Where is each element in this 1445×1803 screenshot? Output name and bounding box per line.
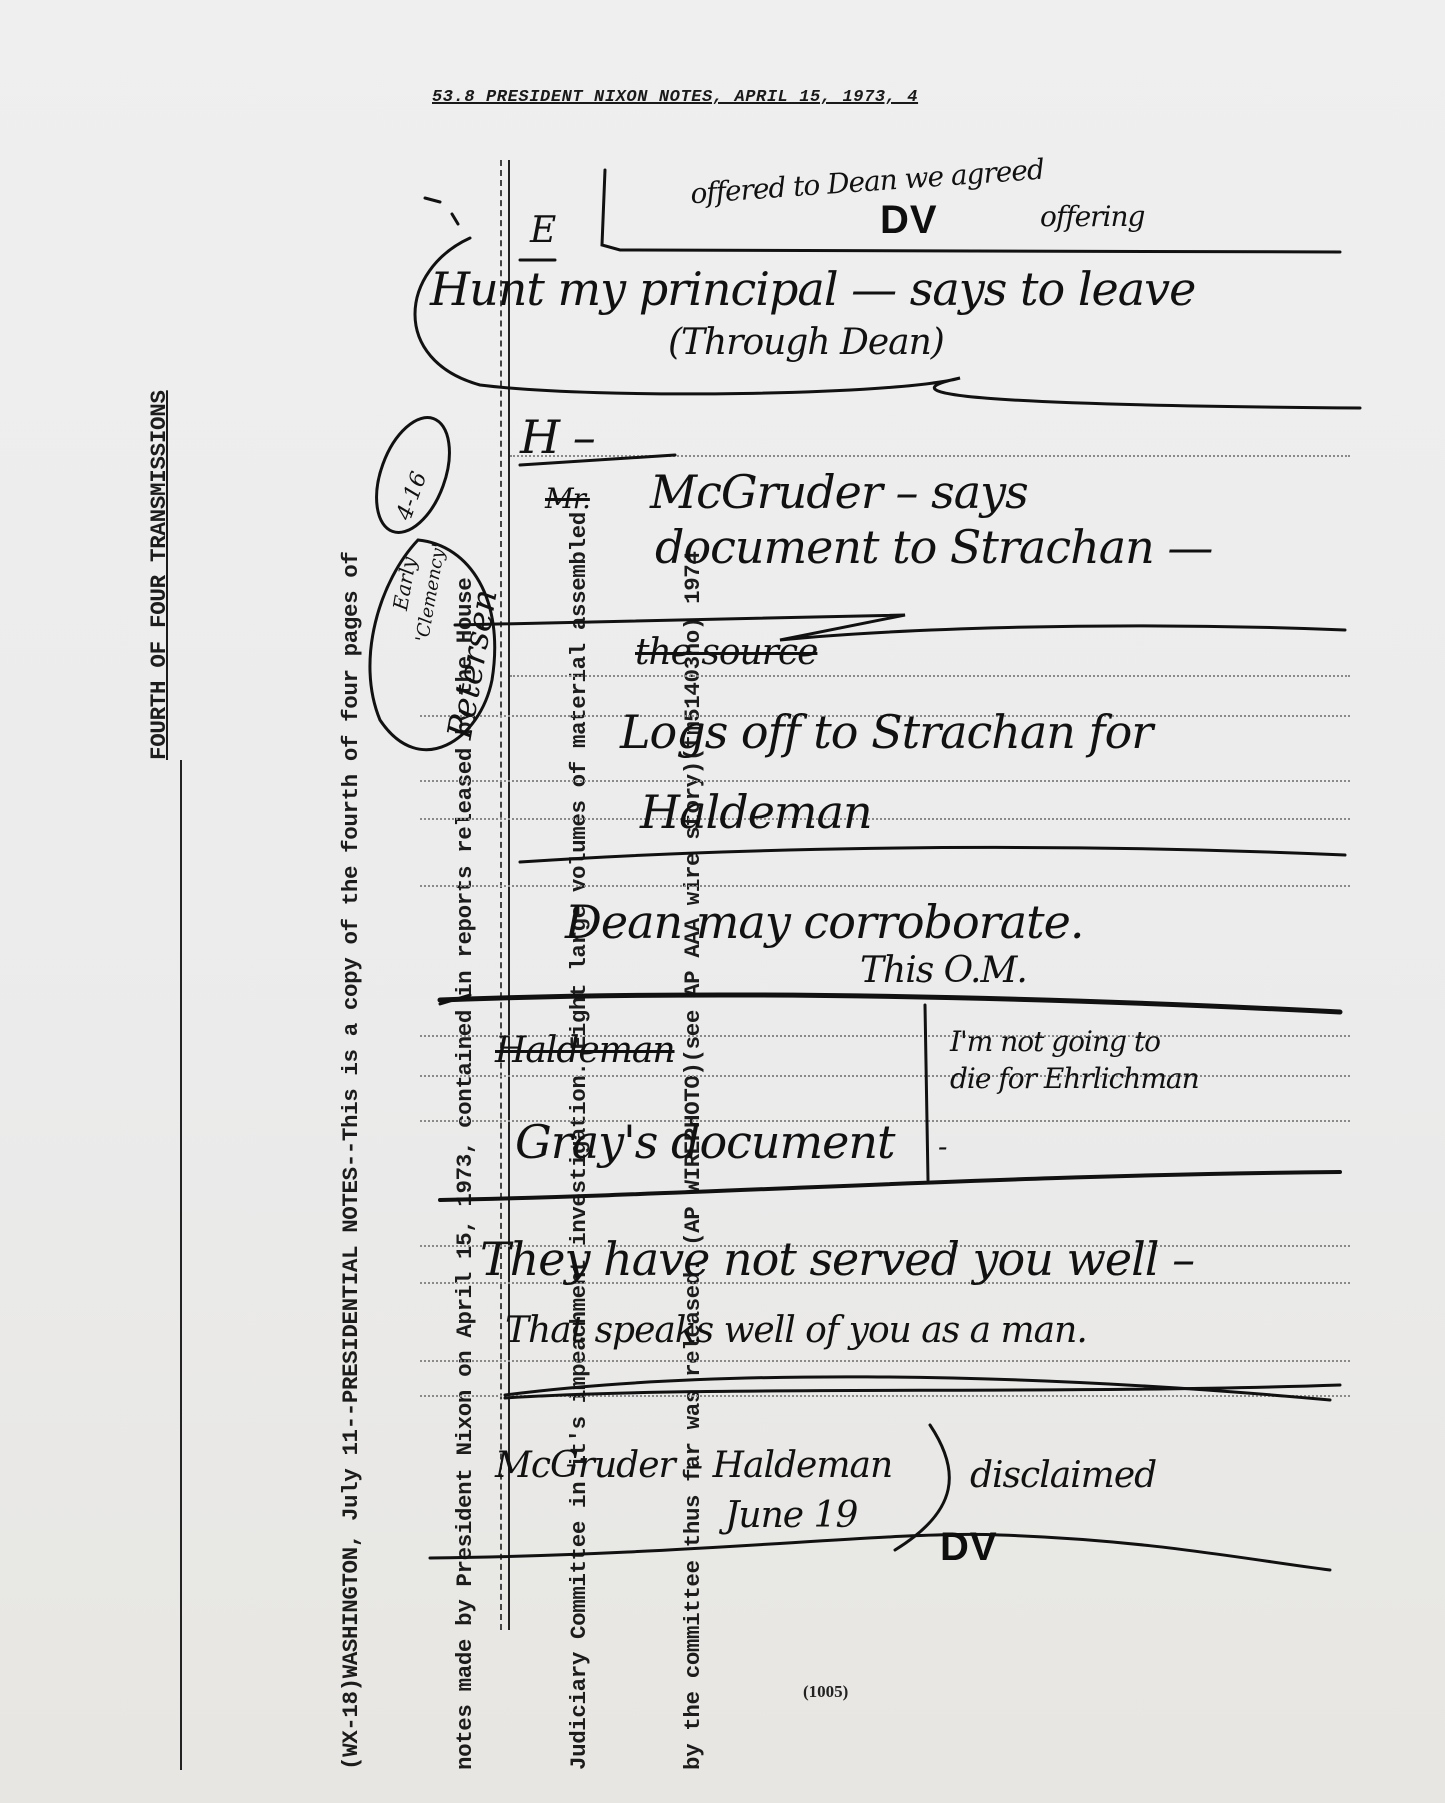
handwritten-notes-page: DV DV E offered to Dean we agreed offeri…: [0, 0, 1445, 1803]
logs-line-1: Logs off to Strachan for: [620, 705, 1152, 759]
page-number: (1005): [803, 1682, 848, 1702]
dean-line-1: Dean may corroborate.: [565, 895, 1083, 949]
section-e-line-1: Hunt my principal — says to leave: [430, 262, 1195, 316]
section-h-struck-prefix: Mr.: [545, 482, 590, 515]
section-e-line-2: (Through Dean): [668, 322, 944, 363]
dv-stamp-top: DV: [880, 198, 938, 243]
final-line-2: June 19: [725, 1495, 857, 1536]
gray-right-dash: -: [938, 1130, 946, 1163]
served-line-2: That speaks well of you as a man.: [505, 1310, 1087, 1351]
section-h-line-1: McGruder – says: [650, 465, 1028, 519]
served-line-1: They have not served you well –: [480, 1232, 1194, 1286]
gray-struck-word: Haldeman: [495, 1030, 675, 1071]
gray-right-line-2: die for Ehrlichman: [950, 1062, 1199, 1095]
section-e-label: E: [530, 210, 555, 251]
section-e-note-2: offering: [1040, 200, 1144, 233]
logs-line-2: Haldeman: [640, 785, 872, 839]
gray-right-line-1: I'm not going to: [950, 1025, 1160, 1058]
final-right: disclaimed: [970, 1455, 1156, 1496]
section-h-line-2: document to Strachan —: [655, 520, 1212, 574]
struck-out-line: the source: [635, 632, 817, 673]
final-line-1: McGruder – Haldeman: [495, 1445, 892, 1486]
section-h-label: H –: [520, 410, 595, 464]
gray-left-text: Gray's document: [515, 1115, 895, 1169]
dv-stamp-bottom: DV: [940, 1525, 998, 1570]
dean-line-2: This O.M.: [860, 950, 1027, 991]
photo-print: FOURTH OF FOUR TRANSMISSIONS (WX-18)WASH…: [0, 0, 1445, 1803]
